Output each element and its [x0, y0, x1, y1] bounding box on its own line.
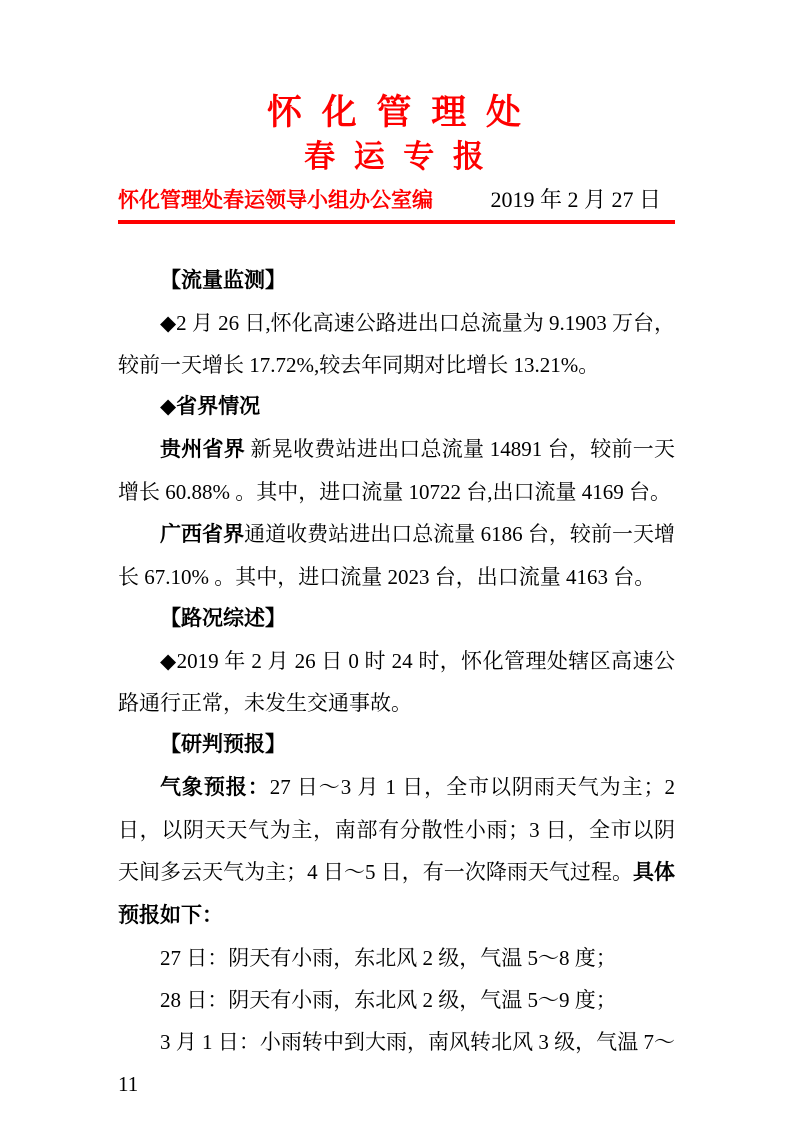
paragraph-road-conditions: ◆2019 年 2 月 26 日 0 时 24 时，怀化管理处辖区高速公路通行正…: [118, 640, 675, 724]
bold-text-run: 气象预报：: [160, 776, 270, 799]
bold-text-run: 【路况综述】: [160, 607, 286, 630]
doc-title-line2: 春 运 专 报: [118, 136, 675, 178]
text-run: ◆2019 年 2 月 26 日 0 时 24 时，怀化管理处辖区高速公路通行正…: [118, 649, 675, 715]
bold-text-run: ◆省界情况: [160, 395, 260, 418]
doc-title-line1: 怀 化 管 理 处: [118, 90, 675, 136]
text-run: 28 日：阴天有小雨，东北风 2 级，气温 5～9 度；: [160, 988, 617, 1012]
bold-text-run: 【研判预报】: [160, 733, 286, 756]
byline-row: 怀化管理处春运领导小组办公室编 2019 年 2 月 27 日: [118, 187, 675, 214]
text-run: ◆2 月 26 日,怀化高速公路进出口总流量为 9.1903 万台，较前一天增长…: [118, 311, 675, 377]
doc-body: 【流量监测】◆2 月 26 日,怀化高速公路进出口总流量为 9.1903 万台，…: [118, 260, 675, 1105]
subheading-provincial-border: ◆省界情况: [118, 386, 675, 428]
issue-date: 2019 年 2 月 27 日: [490, 187, 675, 213]
paragraph-total-flow: ◆2 月 26 日,怀化高速公路进出口总流量为 9.1903 万台，较前一天增长…: [118, 302, 675, 386]
paragraph-weather-forecast: 气象预报：27 日～3 月 1 日，全市以阴雨天气为主；2 日，以阴天天气为主，…: [118, 766, 675, 937]
paragraph-forecast-mar1: 3 月 1 日：小雨转中到大雨，南风转北风 3 级，气温 7～11: [118, 1021, 675, 1105]
bold-text-run: 广西省界: [160, 523, 244, 546]
doc-header: 怀 化 管 理 处 春 运 专 报 怀化管理处春运领导小组办公室编 2019 年…: [118, 90, 675, 224]
paragraph-guizhou-border: 贵州省界 新晃收费站进出口总流量 14891 台，较前一天增长 60.88% 。…: [118, 428, 675, 513]
section-heading-traffic-monitor: 【流量监测】: [118, 260, 675, 302]
byline-editor: 怀化管理处春运领导小组办公室编: [118, 188, 433, 214]
section-heading-road-conditions: 【路况综述】: [118, 598, 675, 640]
document-page: 怀 化 管 理 处 春 运 专 报 怀化管理处春运领导小组办公室编 2019 年…: [0, 0, 793, 1122]
header-divider-line: [118, 220, 675, 224]
paragraph-guangxi-border: 广西省界通道收费站进出口总流量 6186 台，较前一天增长 67.10% 。其中…: [118, 513, 675, 598]
text-run: 27 日：阴天有小雨，东北风 2 级，气温 5～8 度；: [160, 946, 617, 970]
section-heading-forecast: 【研判预报】: [118, 724, 675, 766]
bold-text-run: 【流量监测】: [160, 269, 286, 292]
paragraph-forecast-day27: 27 日：阴天有小雨，东北风 2 级，气温 5～8 度；: [118, 937, 675, 979]
paragraph-forecast-day28: 28 日：阴天有小雨，东北风 2 级，气温 5～9 度；: [118, 979, 675, 1021]
bold-text-run: 贵州省界: [160, 438, 245, 461]
text-run: 3 月 1 日：小雨转中到大雨，南风转北风 3 级，气温 7～11: [118, 1030, 675, 1096]
